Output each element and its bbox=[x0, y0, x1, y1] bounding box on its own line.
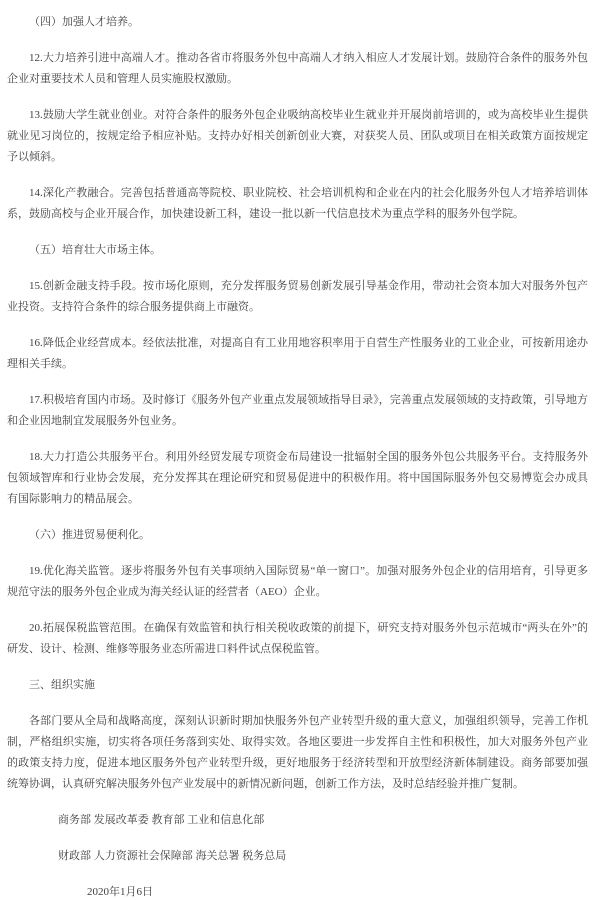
signature-line-2: 财政部 人力资源社会保障部 海关总署 税务总局 bbox=[7, 846, 588, 867]
section-heading-5: （五）培育壮大市场主体。 bbox=[7, 240, 588, 261]
body-paragraph-item-19: 19.优化海关监管。逐步将服务外包有关事项纳入国际贸易“单一窗口”。加强对服务外… bbox=[7, 561, 588, 603]
signature-line-1: 商务部 发展改革委 教育部 工业和信息化部 bbox=[7, 810, 588, 831]
body-paragraph-item-16: 16.降低企业经营成本。经依法批准，对提高自有工业用地容积率用于自营生产性服务业… bbox=[7, 333, 588, 375]
section-heading-6: （六）推进贸易便利化。 bbox=[7, 525, 588, 546]
body-paragraph-implementation: 各部门要从全局和战略高度，深刻认识新时期加快服务外包产业转型升级的重大意义，加强… bbox=[7, 711, 588, 795]
body-paragraph-item-17: 17.积极培育国内市场。及时修订《服务外包产业重点发展领域指导目录》，完善重点发… bbox=[7, 390, 588, 432]
body-paragraph-item-14: 14.深化产教融合。完善包括普通高等院校、职业院校、社会培训机构和企业在内的社会… bbox=[7, 183, 588, 225]
body-paragraph-item-18: 18.大力打造公共服务平台。利用外经贸发展专项资金布局建设一批辐射全国的服务外包… bbox=[7, 447, 588, 510]
body-paragraph-item-12: 12.大力培养引进中高端人才。推动各省市将服务外包中高端人才纳入相应人才发展计划… bbox=[7, 48, 588, 90]
chapter-heading-3: 三、组织实施 bbox=[7, 675, 588, 696]
document-page: （四）加强人才培养。 12.大力培养引进中高端人才。推动各省市将服务外包中高端人… bbox=[0, 0, 594, 900]
body-paragraph-item-13: 13.鼓励大学生就业创业。对符合条件的服务外包企业吸纳高校毕业生就业并开展岗前培… bbox=[7, 105, 588, 168]
section-heading-4: （四）加强人才培养。 bbox=[7, 12, 588, 33]
date-line: 2020年1月6日 bbox=[7, 882, 588, 900]
body-paragraph-item-20: 20.拓展保税监管范围。在确保有效监管和执行相关税收政策的前提下，研究支持对服务… bbox=[7, 618, 588, 660]
body-paragraph-item-15: 15.创新金融支持手段。按市场化原则，充分发挥服务贸易创新发展引导基金作用，带动… bbox=[7, 276, 588, 318]
